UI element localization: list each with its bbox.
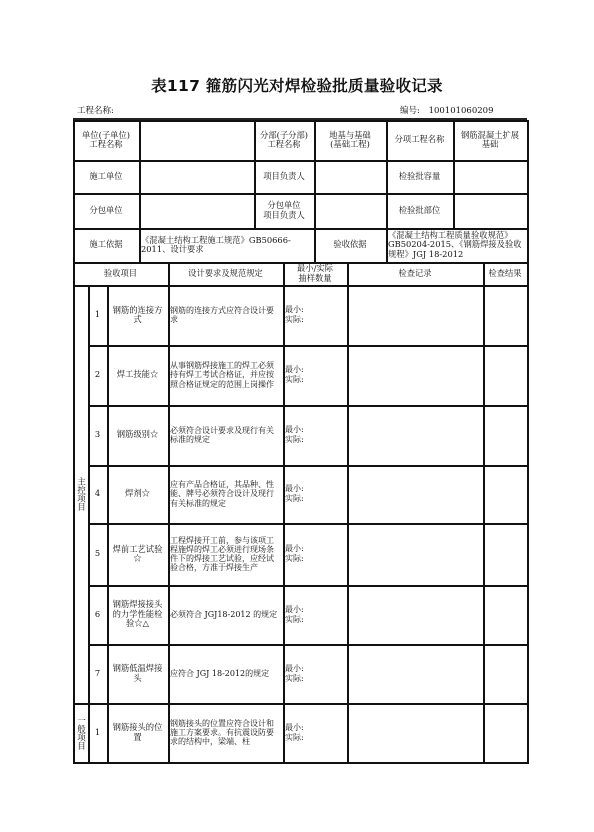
construction-basis-value: 《混凝土结构工程施工规范》GB50666-2011、设计要求: [139, 228, 314, 262]
grid-line: [73, 285, 529, 287]
item-check-result[interactable]: [483, 465, 527, 523]
item-name: 焊工技能☆: [107, 345, 168, 405]
item-name: 钢筋接头的位置: [107, 703, 168, 762]
grid-line: [88, 585, 529, 587]
item-sample-count[interactable]: 最小: 实际:: [283, 644, 347, 703]
grid-line: [73, 262, 75, 287]
grid-line: [139, 120, 141, 230]
item-sample-count[interactable]: 最小: 实际:: [283, 465, 347, 523]
grid-line: [73, 703, 529, 705]
sub-division-label: 分部(子分部) 工程名称: [254, 120, 314, 160]
column-header-sample: 最小/实际 抽样数量: [283, 262, 347, 285]
grid-line: [73, 120, 529, 122]
column-header-result: 检查结果: [483, 262, 527, 285]
item-check-record[interactable]: [347, 345, 483, 405]
item-check-result[interactable]: [483, 644, 527, 703]
grid-line: [527, 262, 529, 287]
document-code: 编号: 100101060209: [400, 104, 493, 116]
project-manager-label: 项目负责人: [254, 160, 314, 193]
grid-line: [386, 120, 388, 230]
grid-line: [88, 405, 529, 407]
column-header-requirement: 设计要求及规范规定: [168, 262, 283, 285]
item-requirement: 应有产品合格证，其品种、性能、牌号必须符合设计及现行有关标准的规定: [168, 465, 283, 523]
item-number: 1: [88, 703, 107, 762]
item-check-record[interactable]: [347, 523, 483, 585]
item-name: 钢筋的连接方式: [107, 285, 168, 345]
item-check-record[interactable]: [347, 703, 483, 762]
sub-division-value[interactable]: 地基与基础 (基础工程): [314, 120, 386, 160]
project-manager-value[interactable]: [314, 160, 386, 193]
sub-item-label: 分项工程名称: [386, 120, 453, 160]
grid-line: [73, 285, 75, 764]
item-sample-count[interactable]: 最小: 实际:: [283, 285, 347, 345]
item-check-record[interactable]: [347, 285, 483, 345]
batch-capacity-value[interactable]: [453, 160, 527, 193]
item-check-record[interactable]: [347, 585, 483, 644]
item-number: 1: [88, 285, 107, 345]
item-number: 7: [88, 644, 107, 703]
grid-line: [314, 120, 316, 230]
item-sample-count[interactable]: 最小: 实际:: [283, 405, 347, 465]
grid-line: [73, 228, 75, 264]
grid-line: [73, 193, 529, 195]
grid-line: [254, 120, 256, 230]
batch-capacity-label: 检验批容量: [386, 160, 453, 193]
item-check-record[interactable]: [347, 405, 483, 465]
item-sample-count[interactable]: 最小: 实际:: [283, 585, 347, 644]
item-sample-count[interactable]: 最小: 实际:: [283, 345, 347, 405]
grid-line: [483, 262, 485, 287]
item-requirement: 必须符合设计要求及现行有关标准的规定: [168, 405, 283, 465]
item-check-result[interactable]: [483, 703, 527, 762]
item-check-result[interactable]: [483, 585, 527, 644]
column-header-record: 检查记录: [347, 262, 483, 285]
grid-line: [283, 285, 285, 764]
item-check-record[interactable]: [347, 465, 483, 523]
group-main-control: 主控项目: [73, 285, 88, 703]
item-name: 钢筋级别☆: [107, 405, 168, 465]
grid-line: [88, 285, 90, 764]
item-requirement: 应符合 JGJ 18-2012的规定: [168, 644, 283, 703]
item-name: 钢筋焊接接头的力学性能检验☆△: [107, 585, 168, 644]
grid-line: [168, 285, 170, 764]
grid-line: [139, 228, 141, 264]
grid-line: [347, 262, 349, 287]
item-number: 3: [88, 405, 107, 465]
unit-project-value[interactable]: [139, 120, 254, 160]
grid-line: [527, 285, 529, 764]
grid-line: [88, 345, 529, 347]
sub-manager-label: 分包单位 项目负责人: [254, 193, 314, 228]
sub-manager-value[interactable]: [314, 193, 386, 228]
grid-line: [88, 644, 529, 646]
item-check-record[interactable]: [347, 644, 483, 703]
item-sample-count[interactable]: 最小: 实际:: [283, 523, 347, 585]
item-requirement: 钢筋接头的位置应符合设计和施工方案要求。有抗震设防要求的结构中，梁端、柱: [168, 703, 283, 762]
batch-location-label: 检验批部位: [386, 193, 453, 228]
item-number: 6: [88, 585, 107, 644]
project-name-label: 工程名称:: [77, 104, 114, 116]
grid-line: [73, 262, 529, 264]
item-requirement: 钢筋的连接方式应符合设计要求: [168, 285, 283, 345]
batch-location-value[interactable]: [453, 193, 527, 228]
grid-line: [453, 120, 455, 230]
grid-line: [88, 465, 529, 467]
item-name: 焊剂☆: [107, 465, 168, 523]
grid-line: [386, 228, 388, 264]
grid-line: [314, 228, 316, 264]
item-check-result[interactable]: [483, 405, 527, 465]
item-check-result[interactable]: [483, 523, 527, 585]
grid-line: [527, 120, 529, 230]
grid-line: [168, 262, 170, 287]
code-label: 编号:: [400, 106, 420, 116]
document-title: 表117 箍筋闪光对焊检验批质量验收记录: [0, 74, 594, 96]
item-check-result[interactable]: [483, 285, 527, 345]
grid-line: [73, 762, 529, 764]
grid-line: [73, 120, 75, 230]
item-number: 2: [88, 345, 107, 405]
unit-project-label: 单位(子单位) 工程名称: [73, 120, 139, 160]
grid-line: [283, 262, 285, 287]
grid-line: [107, 285, 109, 764]
construction-unit-label: 施工单位: [73, 160, 139, 193]
item-number: 5: [88, 523, 107, 585]
item-name: 钢筋低温焊接头: [107, 644, 168, 703]
subcontractor-value[interactable]: [139, 193, 254, 228]
item-sample-count[interactable]: 最小: 实际:: [283, 703, 347, 762]
sub-item-value[interactable]: 钢筋混凝土扩展 基础: [453, 120, 527, 160]
construction-unit-value[interactable]: [139, 160, 254, 193]
group-general: 一般项目: [73, 703, 88, 762]
item-requirement: 工程焊接开工前，参与该项工程施焊的焊工必须进行现场条件下的焊接工艺试验，应经试验…: [168, 523, 283, 585]
grid-line: [347, 285, 349, 764]
grid-line: [483, 285, 485, 764]
grid-line: [527, 228, 529, 264]
item-check-result[interactable]: [483, 345, 527, 405]
item-name: 焊前工艺试验☆: [107, 523, 168, 585]
item-requirement: 必须符合 JGJ18-2012 的规定: [168, 585, 283, 644]
acceptance-basis-label: 验收依据: [314, 228, 386, 262]
grid-line: [88, 523, 529, 525]
column-header-item: 验收项目: [73, 262, 168, 285]
grid-line: [73, 228, 529, 230]
construction-basis-label: 施工依据: [73, 228, 139, 262]
acceptance-basis-value: 《混凝土结构工程质量验收规范》GB50204-2015、《钢筋焊接及验收规程》J…: [386, 228, 527, 262]
subcontractor-label: 分包单位: [73, 193, 139, 228]
grid-line: [73, 160, 529, 162]
item-number: 4: [88, 465, 107, 523]
item-requirement: 从事钢筋焊接施工的焊工必须持有焊工考试合格证，并应按照合格证规定的范围上岗操作: [168, 345, 283, 405]
code-value: 100101060209: [429, 106, 494, 116]
